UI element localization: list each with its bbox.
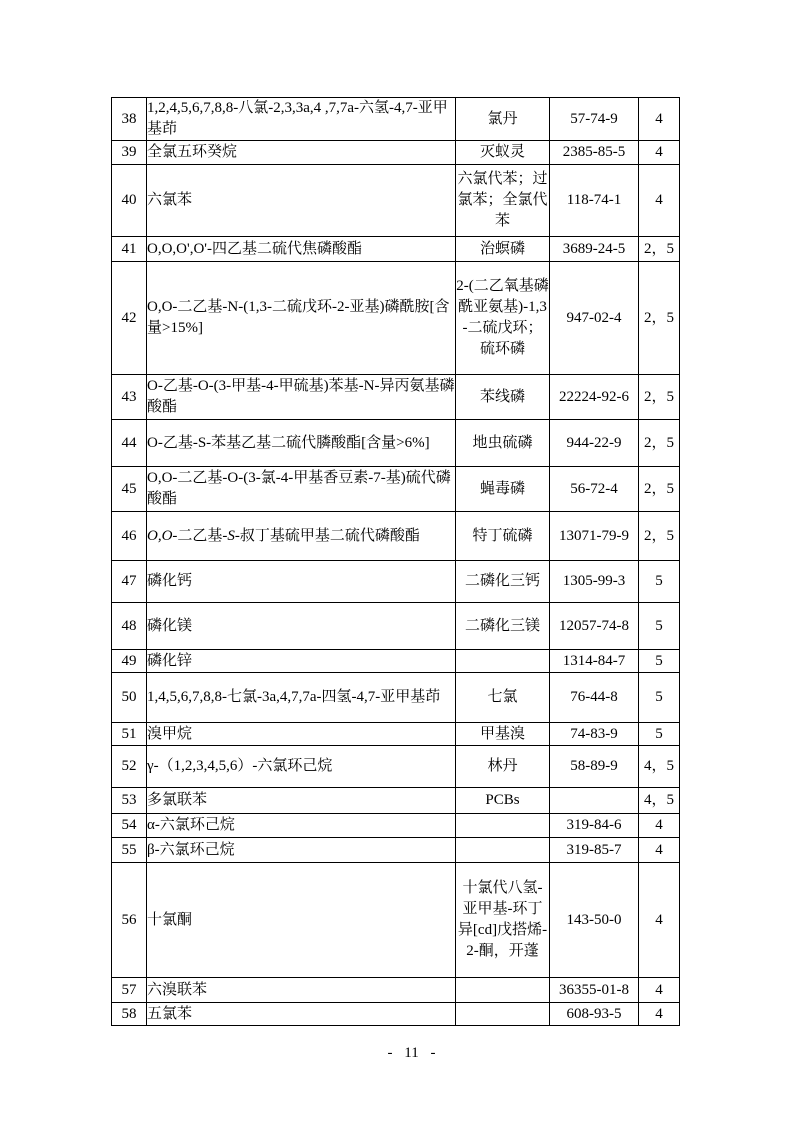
cas-number-cell: 74-83-9	[550, 723, 639, 746]
alias-cell	[456, 978, 550, 1003]
chemical-name-cell: β-六氯环己烷	[147, 838, 456, 863]
category-cell: 5	[639, 673, 680, 723]
category-cell: 5	[639, 561, 680, 603]
cas-number-cell: 3689-24-5	[550, 237, 639, 262]
alias-cell: 六氯代苯；过氯苯；全氯代苯	[456, 165, 550, 237]
cas-number-cell: 36355-01-8	[550, 978, 639, 1003]
cas-number-cell: 944-22-9	[550, 420, 639, 467]
row-number-cell: 38	[112, 98, 147, 141]
row-number-cell: 54	[112, 814, 147, 838]
alias-cell: 2-(二乙氧基磷酰亚氨基)-1,3-二硫戊环；硫环磷	[456, 262, 550, 375]
category-cell: 5	[639, 603, 680, 650]
page-number: - 11 -	[0, 1043, 793, 1063]
row-number-cell: 40	[112, 165, 147, 237]
category-cell: 4	[639, 838, 680, 863]
category-cell: 4	[639, 863, 680, 978]
alias-cell	[456, 650, 550, 673]
cas-number-cell: 947-02-4	[550, 262, 639, 375]
cas-number-cell: 56-72-4	[550, 467, 639, 512]
table-row: 40六氯苯六氯代苯；过氯苯；全氯代苯118-74-14	[112, 165, 680, 237]
alias-cell: 苯线磷	[456, 375, 550, 420]
alias-cell	[456, 1003, 550, 1026]
table-row: 39全氯五环癸烷灭蚁灵2385-85-54	[112, 141, 680, 165]
cas-number-cell: 118-74-1	[550, 165, 639, 237]
chemical-name-cell: 磷化锌	[147, 650, 456, 673]
chemical-name-cell: γ-（1,2,3,4,5,6）-六氯环己烷	[147, 746, 456, 788]
category-cell: 4，5	[639, 746, 680, 788]
chemical-name-cell: α-六氯环己烷	[147, 814, 456, 838]
cas-number-cell: 1305-99-3	[550, 561, 639, 603]
category-cell: 4	[639, 98, 680, 141]
chemical-name-cell: 1,2,4,5,6,7,8,8-八氯-2,3,3a,4 ,7,7a-六氢-4,7…	[147, 98, 456, 141]
chemical-name-cell: 全氯五环癸烷	[147, 141, 456, 165]
alias-cell: 二磷化三钙	[456, 561, 550, 603]
cas-number-cell: 13071-79-9	[550, 512, 639, 561]
table-row: 53多氯联苯PCBs4，5	[112, 788, 680, 814]
table-row: 44O-乙基-S-苯基乙基二硫代膦酸酯[含量>6%]地虫硫磷944-22-92，…	[112, 420, 680, 467]
chemical-name-cell: 多氯联苯	[147, 788, 456, 814]
table-row: 43O-乙基-O-(3-甲基-4-甲硫基)苯基-N-异丙氨基磷酸酯苯线磷2222…	[112, 375, 680, 420]
cas-number-cell: 608-93-5	[550, 1003, 639, 1026]
cas-number-cell: 22224-92-6	[550, 375, 639, 420]
alias-cell	[456, 838, 550, 863]
cas-number-cell: 58-89-9	[550, 746, 639, 788]
chemicals-table-body: 381,2,4,5,6,7,8,8-八氯-2,3,3a,4 ,7,7a-六氢-4…	[112, 98, 680, 1026]
table-row: 54α-六氯环己烷319-84-64	[112, 814, 680, 838]
alias-cell	[456, 814, 550, 838]
chemical-name-cell: 磷化镁	[147, 603, 456, 650]
category-cell: 2，5	[639, 237, 680, 262]
table-row: 51溴甲烷甲基溴74-83-95	[112, 723, 680, 746]
alias-cell: 甲基溴	[456, 723, 550, 746]
chemical-name-cell: O,O,O',O'-四乙基二硫代焦磷酸酯	[147, 237, 456, 262]
category-cell: 2，5	[639, 262, 680, 375]
category-cell: 4	[639, 814, 680, 838]
alias-cell: 治螟磷	[456, 237, 550, 262]
row-number-cell: 51	[112, 723, 147, 746]
cas-number-cell: 2385-85-5	[550, 141, 639, 165]
table-row: 49磷化锌1314-84-75	[112, 650, 680, 673]
cas-number-cell: 12057-74-8	[550, 603, 639, 650]
table-row: 45O,O-二乙基-O-(3-氯-4-甲基香豆素-7-基)硫代磷酸酯蝇毒磷56-…	[112, 467, 680, 512]
table-row: 58五氯苯608-93-54	[112, 1003, 680, 1026]
row-number-cell: 39	[112, 141, 147, 165]
cas-number-cell: 319-84-6	[550, 814, 639, 838]
cas-number-cell: 143-50-0	[550, 863, 639, 978]
alias-cell: PCBs	[456, 788, 550, 814]
row-number-cell: 50	[112, 673, 147, 723]
alias-cell: 七氯	[456, 673, 550, 723]
table-row: 41O,O,O',O'-四乙基二硫代焦磷酸酯治螟磷3689-24-52，5	[112, 237, 680, 262]
cas-number-cell: 57-74-9	[550, 98, 639, 141]
row-number-cell: 45	[112, 467, 147, 512]
alias-cell: 蝇毒磷	[456, 467, 550, 512]
table-row: 47磷化钙二磷化三钙1305-99-35	[112, 561, 680, 603]
row-number-cell: 53	[112, 788, 147, 814]
category-cell: 4	[639, 1003, 680, 1026]
cas-number-cell: 1314-84-7	[550, 650, 639, 673]
category-cell: 5	[639, 650, 680, 673]
alias-cell: 十氯代八氢-亚甲基-环丁异[cd]戊搭烯-2-酮，开蓬	[456, 863, 550, 978]
category-cell: 4	[639, 978, 680, 1003]
table-row: 381,2,4,5,6,7,8,8-八氯-2,3,3a,4 ,7,7a-六氢-4…	[112, 98, 680, 141]
cas-number-cell: 319-85-7	[550, 838, 639, 863]
cas-number-cell: 76-44-8	[550, 673, 639, 723]
alias-cell: 地虫硫磷	[456, 420, 550, 467]
table-row: 501,4,5,6,7,8,8-七氯-3a,4,7,7a-四氢-4,7-亚甲基茚…	[112, 673, 680, 723]
category-cell: 4	[639, 141, 680, 165]
table-row: 56十氯酮十氯代八氢-亚甲基-环丁异[cd]戊搭烯-2-酮，开蓬143-50-0…	[112, 863, 680, 978]
table-row: 48磷化镁二磷化三镁12057-74-85	[112, 603, 680, 650]
chemical-name-cell: 1,4,5,6,7,8,8-七氯-3a,4,7,7a-四氢-4,7-亚甲基茚	[147, 673, 456, 723]
chemicals-table: 381,2,4,5,6,7,8,8-八氯-2,3,3a,4 ,7,7a-六氢-4…	[111, 97, 680, 1026]
row-number-cell: 48	[112, 603, 147, 650]
table-row: 52γ-（1,2,3,4,5,6）-六氯环己烷林丹58-89-94，5	[112, 746, 680, 788]
alias-cell: 林丹	[456, 746, 550, 788]
cas-number-cell	[550, 788, 639, 814]
row-number-cell: 47	[112, 561, 147, 603]
chemical-name-cell: 十氯酮	[147, 863, 456, 978]
alias-cell: 氯丹	[456, 98, 550, 141]
alias-cell: 灭蚁灵	[456, 141, 550, 165]
alias-cell: 特丁硫磷	[456, 512, 550, 561]
chemical-name-cell: O,O-二乙基-N-(1,3-二硫戊环-2-亚基)磷酰胺[含量>15%]	[147, 262, 456, 375]
category-cell: 2，5	[639, 420, 680, 467]
chemical-name-cell: 磷化钙	[147, 561, 456, 603]
row-number-cell: 57	[112, 978, 147, 1003]
category-cell: 4	[639, 165, 680, 237]
row-number-cell: 55	[112, 838, 147, 863]
chemical-name-cell: 六溴联苯	[147, 978, 456, 1003]
category-cell: 2，5	[639, 375, 680, 420]
table-row: 46O,O-二乙基-S-叔丁基硫甲基二硫代磷酸酯特丁硫磷13071-79-92，…	[112, 512, 680, 561]
chemical-name-cell: O-乙基-O-(3-甲基-4-甲硫基)苯基-N-异丙氨基磷酸酯	[147, 375, 456, 420]
chemical-name-cell: 五氯苯	[147, 1003, 456, 1026]
table-row: 55β-六氯环己烷319-85-74	[112, 838, 680, 863]
document-page: 381,2,4,5,6,7,8,8-八氯-2,3,3a,4 ,7,7a-六氢-4…	[0, 0, 793, 1122]
chemical-name-cell: O-乙基-S-苯基乙基二硫代膦酸酯[含量>6%]	[147, 420, 456, 467]
row-number-cell: 46	[112, 512, 147, 561]
chemical-name-cell: O,O-二乙基-S-叔丁基硫甲基二硫代磷酸酯	[147, 512, 456, 561]
row-number-cell: 52	[112, 746, 147, 788]
category-cell: 2，5	[639, 467, 680, 512]
table-row: 57六溴联苯36355-01-84	[112, 978, 680, 1003]
row-number-cell: 44	[112, 420, 147, 467]
category-cell: 4，5	[639, 788, 680, 814]
category-cell: 2，5	[639, 512, 680, 561]
row-number-cell: 42	[112, 262, 147, 375]
chemical-name-cell: 六氯苯	[147, 165, 456, 237]
chemical-name-cell: 溴甲烷	[147, 723, 456, 746]
row-number-cell: 49	[112, 650, 147, 673]
table-row: 42O,O-二乙基-N-(1,3-二硫戊环-2-亚基)磷酰胺[含量>15%]2-…	[112, 262, 680, 375]
category-cell: 5	[639, 723, 680, 746]
row-number-cell: 43	[112, 375, 147, 420]
chemical-name-cell: O,O-二乙基-O-(3-氯-4-甲基香豆素-7-基)硫代磷酸酯	[147, 467, 456, 512]
row-number-cell: 58	[112, 1003, 147, 1026]
alias-cell: 二磷化三镁	[456, 603, 550, 650]
row-number-cell: 41	[112, 237, 147, 262]
row-number-cell: 56	[112, 863, 147, 978]
